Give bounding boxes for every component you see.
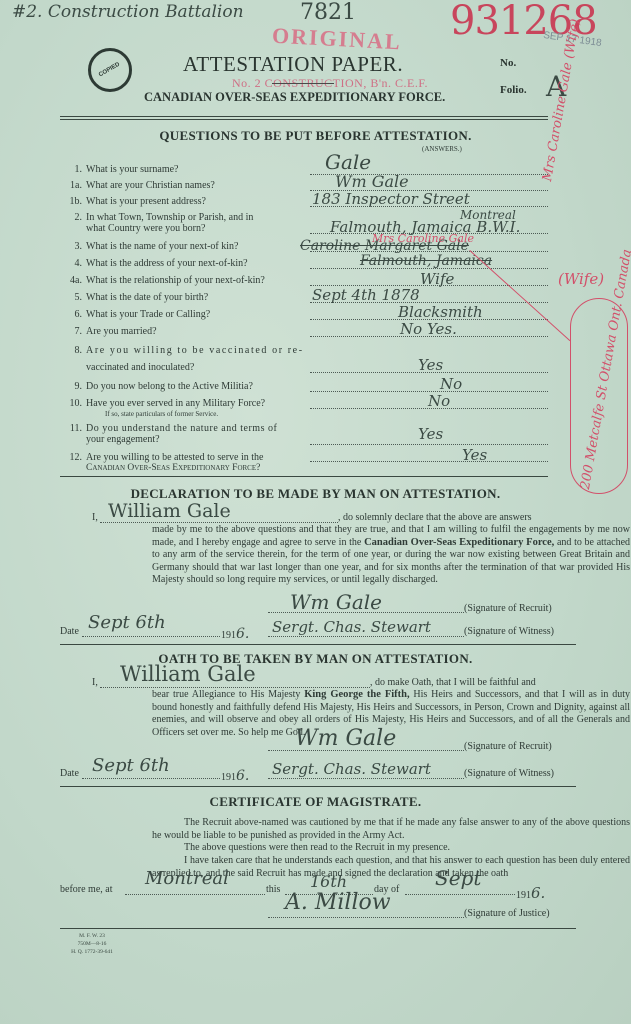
answer-christian-names: Wm Gale	[335, 172, 409, 191]
oath-witness-line	[268, 778, 464, 779]
question-9: 9.Do you now belong to the Active Militi…	[60, 381, 253, 392]
oath-rule	[60, 644, 576, 645]
answer-relationship: Wife	[420, 270, 454, 288]
month-line	[405, 894, 515, 895]
oath-heading: OATH TO BE TAKEN BY MAN ON ATTESTATION.	[0, 651, 631, 667]
question-1: 1.What is your surname?	[60, 164, 178, 175]
unit-stamp-strike	[272, 83, 334, 84]
oath-date-value: Sept 6th	[92, 755, 170, 776]
attestation-paper: #2. Construction Battalion 7821 931268 S…	[0, 0, 631, 1024]
magistrate-year: 1916.	[516, 884, 545, 902]
declaration-i-label: I,	[92, 512, 98, 523]
declaration-name: William Gale	[108, 500, 231, 522]
answer-line-11	[310, 444, 548, 445]
declaration-text-1: , do solemnly declare that the above are…	[338, 512, 532, 523]
copied-stamp: COPIED	[88, 48, 132, 92]
handwritten-number: 7821	[300, 0, 356, 25]
answer-married: No Yes.	[400, 320, 457, 338]
oath-recruit-signature: Wm Gale	[295, 726, 396, 751]
question-11-cont: your engagement?	[86, 434, 160, 445]
original-stamp: ORIGINAL	[271, 23, 402, 56]
this-label: this	[266, 884, 280, 895]
question-8: 8.Are you willing to be vaccinated or re…	[60, 345, 304, 356]
page-subtitle: CANADIAN OVER-SEAS EXPEDITIONARY FORCE.	[144, 90, 445, 105]
question-2-cont: what Country were you born?	[86, 223, 205, 234]
justice-signature: A. Millow	[285, 890, 391, 915]
question-12: 12.Are you willing to be attested to ser…	[60, 452, 263, 463]
declaration-recruit-signature: Wm Gale	[290, 590, 382, 614]
oath-witness-sig-label: (Signature of Witness)	[464, 768, 554, 779]
question-8-cont: vaccinated and inoculated?	[86, 362, 194, 373]
oath-recruit-sig-label: (Signature of Recruit)	[464, 741, 552, 752]
answer-address: 183 Inspector Street	[312, 190, 470, 208]
justice-sig-label: (Signature of Justice)	[464, 908, 550, 919]
answer-relationship-red: (Wife)	[558, 270, 604, 288]
copied-stamp-text: COPIED	[99, 62, 122, 79]
question-4: 4.What is the address of your next-of-ki…	[60, 258, 248, 269]
oath-year: 1916.	[221, 768, 249, 784]
magistrate-month: Sept	[435, 866, 481, 890]
justice-sig-line	[268, 917, 464, 918]
hq-code: H. Q. 1772-39-641	[62, 948, 122, 956]
declaration-date-label: Date	[60, 626, 79, 637]
oath-i-label: I,	[92, 677, 98, 688]
oath-text-1: , do make Oath, that I will be faithful …	[370, 677, 536, 688]
declaration-heading: DECLARATION TO BE MADE BY MAN ON ATTESTA…	[0, 486, 631, 502]
form-code: M. F. W. 23	[62, 932, 122, 940]
oath-name: William Gale	[120, 662, 256, 686]
question-12-cont: Canadian Over-Seas Expeditionary Force?	[86, 463, 260, 473]
oath-date-line	[82, 778, 220, 779]
answer-next-of-kin-red: Mrs Caroline Gale	[372, 232, 474, 245]
oath-name-line	[100, 687, 370, 688]
declaration-witness-sig-label: (Signature of Witness)	[464, 626, 554, 637]
declaration-year: 1916.	[221, 626, 249, 642]
answer-birth-date: Sept 4th 1878	[312, 286, 420, 304]
declaration-date-line	[82, 636, 220, 637]
answer-military-service: No	[428, 392, 450, 410]
magistrate-para-1: The Recruit above-named was cautioned by…	[152, 817, 630, 842]
top-double-rule-1	[60, 116, 548, 117]
question-2: 2.In what Town, Township or Parish, and …	[60, 212, 253, 223]
answer-trade: Blacksmith	[398, 303, 483, 321]
question-11: 11.Do you understand the nature and term…	[60, 423, 277, 434]
declaration-rule	[60, 476, 548, 477]
answer-understand: Yes	[418, 425, 443, 443]
question-10-note: If so, state particulars of former Servi…	[105, 410, 218, 418]
place-line	[125, 894, 265, 895]
answer-militia: No	[440, 375, 462, 393]
answer-surname: Gale	[325, 150, 371, 174]
bottom-rule	[60, 928, 576, 929]
question-3: 3.What is the name of your next-of kin?	[60, 241, 238, 252]
answer-vaccinated: Yes	[418, 356, 443, 374]
question-5: 5.What is the date of your birth?	[60, 292, 208, 303]
declaration-name-line	[100, 522, 338, 523]
answer-nok-address: Falmouth, Jamaica	[360, 253, 492, 269]
before-me-label: before me, at	[60, 884, 112, 895]
handwritten-unit: #2. Construction Battalion	[12, 2, 244, 22]
folio-label: Folio.	[500, 84, 527, 96]
declaration-recruit-sig-label: (Signature of Recruit)	[464, 603, 552, 614]
oath-date-label: Date	[60, 768, 79, 779]
oath-witness-signature: Sergt. Chas. Stewart	[272, 760, 431, 778]
declaration-witness-signature: Sergt. Chas. Stewart	[272, 618, 431, 636]
answers-label: (ANSWERS.)	[422, 145, 462, 153]
question-1b: 1b.What is your present address?	[60, 196, 206, 207]
question-1a: 1a.What are your Christian names?	[60, 180, 215, 191]
declaration-witness-line	[268, 636, 464, 637]
magistrate-day: 16th	[310, 872, 347, 891]
question-7: 7.Are you married?	[60, 326, 157, 337]
top-double-rule-2	[60, 119, 548, 120]
magistrate-para-2: The above questions were then read to th…	[152, 842, 630, 855]
page-title: ATTESTATION PAPER.	[183, 52, 403, 77]
print-code: 750M—8-16	[62, 940, 122, 948]
magistrate-rule	[60, 786, 576, 787]
answer-willing-attest: Yes	[462, 446, 487, 464]
magistrate-heading: CERTIFICATE OF MAGISTRATE.	[0, 794, 631, 810]
form-codes: M. F. W. 23 750M—8-16 H. Q. 1772-39-641	[62, 932, 122, 956]
declaration-body: made by me to the above questions and th…	[152, 524, 630, 587]
magistrate-place: Montreal	[145, 868, 229, 889]
question-4a: 4a.What is the relationship of your next…	[60, 275, 265, 286]
question-10: 10.Have you ever served in any Military …	[60, 398, 265, 409]
no-label: No.	[500, 57, 516, 69]
answer-line-12	[310, 461, 548, 462]
questions-heading: QUESTIONS TO BE PUT BEFORE ATTESTATION.	[0, 128, 631, 144]
margin-red-arrow-line	[469, 250, 570, 341]
question-6: 6.What is your Trade or Calling?	[60, 309, 210, 320]
declaration-date-value: Sept 6th	[88, 612, 166, 633]
